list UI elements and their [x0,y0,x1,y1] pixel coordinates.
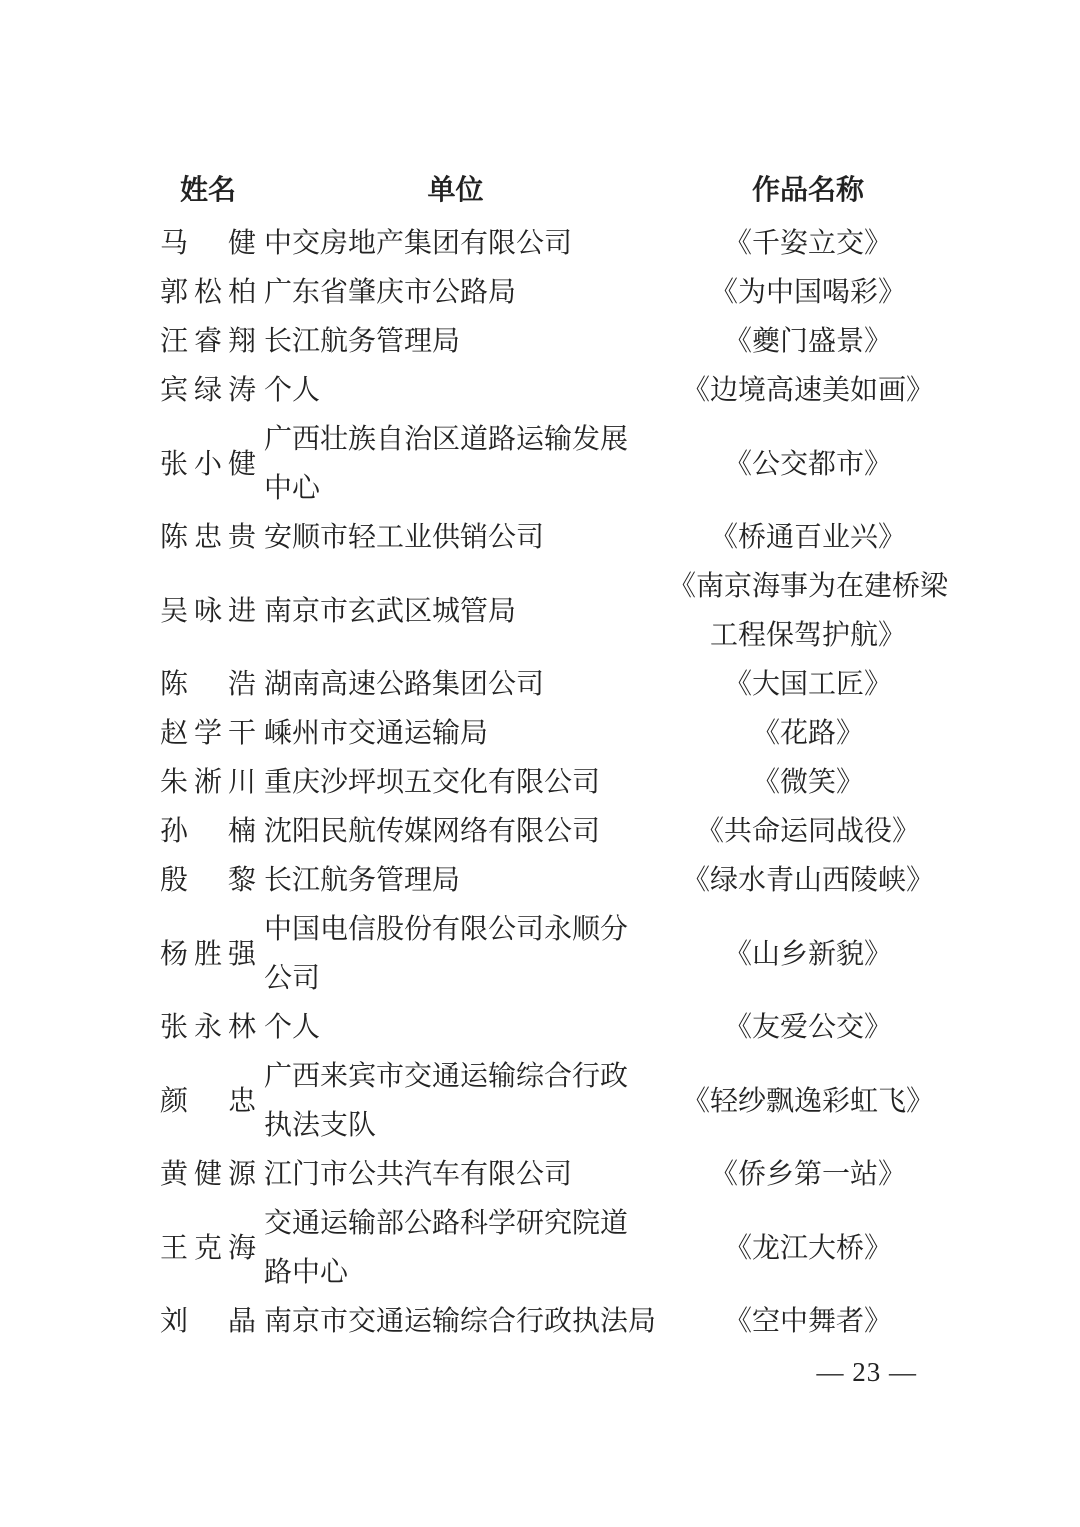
work-cell: 《千姿立交》 [665,219,951,268]
name-cell: 张小健 [160,440,256,489]
table-header-row: 姓名 单位 作品名称 [160,166,950,215]
work-cell: 《龙江大桥》 [665,1224,951,1273]
name-cell: 朱淅川 [160,758,256,807]
org-cell: 安顺市轻工业供销公司 [264,513,647,562]
org-cell: 重庆沙坪坝五交化有限公司 [264,758,647,807]
work-cell: 《轻纱飘逸彩虹飞》 [665,1077,951,1126]
name-cell: 马 健 [160,219,256,268]
header-name: 姓名 [160,166,256,215]
work-cell: 《边境高速美如画》 [665,366,951,415]
org-cell: 南京市玄武区城管局 [264,587,647,636]
work-cell: 《山乡新貌》 [665,930,951,979]
table-row: 张小健 广西壮族自治区道路运输发展 中心 《公交都市》 [160,415,950,513]
table-row: 马 健 中交房地产集团有限公司 《千姿立交》 [160,219,950,268]
table-row: 王克海 交通运输部公路科学研究院道 路中心 《龙江大桥》 [160,1199,950,1297]
work-cell: 《共命运同战役》 [665,807,951,856]
name-cell: 汪睿翔 [160,317,256,366]
org-cell: 湖南高速公路集团公司 [264,660,647,709]
work-cell: 《空中舞者》 [665,1297,951,1346]
name-cell: 宾绿涛 [160,366,256,415]
org-cell: 交通运输部公路科学研究院道 路中心 [264,1199,647,1297]
work-cell: 《花路》 [665,709,951,758]
name-cell: 黄健源 [160,1150,256,1199]
work-cell: 《绿水青山西陵峡》 [665,856,951,905]
work-cell: 《友爱公交》 [665,1003,951,1052]
work-cell: 《南京海事为在建桥梁 工程保驾护航》 [665,562,951,660]
work-cell: 《公交都市》 [665,440,951,489]
document-page: 姓名 单位 作品名称 马 健 中交房地产集团有限公司 《千姿立交》 郭松柏 广东… [0,0,1080,1527]
org-cell: 个人 [264,1003,647,1052]
table-row: 赵学干 嵊州市交通运输局 《花路》 [160,709,950,758]
org-cell: 长江航务管理局 [264,317,647,366]
org-cell: 广西来宾市交通运输综合行政 执法支队 [264,1052,647,1150]
org-cell: 江门市公共汽车有限公司 [264,1150,647,1199]
table-row: 吴咏进 南京市玄武区城管局 《南京海事为在建桥梁 工程保驾护航》 [160,562,950,660]
work-cell: 《微笑》 [665,758,951,807]
table-row: 孙 楠 沈阳民航传媒网络有限公司 《共命运同战役》 [160,807,950,856]
org-cell: 广西壮族自治区道路运输发展 中心 [264,415,647,513]
name-cell: 陈 浩 [160,660,256,709]
header-work: 作品名称 [665,166,951,215]
table-row: 宾绿涛 个人 《边境高速美如画》 [160,366,950,415]
work-cell: 《夔门盛景》 [665,317,951,366]
work-cell: 《大国工匠》 [665,660,951,709]
name-cell: 孙 楠 [160,807,256,856]
table-row: 杨胜强 中国电信股份有限公司永顺分 公司 《山乡新貌》 [160,905,950,1003]
name-cell: 殷 黎 [160,856,256,905]
org-cell: 中交房地产集团有限公司 [264,219,647,268]
award-table: 姓名 单位 作品名称 马 健 中交房地产集团有限公司 《千姿立交》 郭松柏 广东… [160,166,950,1346]
name-cell: 赵学干 [160,709,256,758]
name-cell: 王克海 [160,1224,256,1273]
page-number: — 23 — [817,1352,918,1392]
org-cell: 广东省肇庆市公路局 [264,268,647,317]
table-row: 汪睿翔 长江航务管理局 《夔门盛景》 [160,317,950,366]
org-cell: 个人 [264,366,647,415]
table-row: 陈忠贵 安顺市轻工业供销公司 《桥通百业兴》 [160,513,950,562]
name-cell: 颜 忠 [160,1077,256,1126]
table-row: 郭松柏 广东省肇庆市公路局 《为中国喝彩》 [160,268,950,317]
org-cell: 嵊州市交通运输局 [264,709,647,758]
org-cell: 长江航务管理局 [264,856,647,905]
work-cell: 《为中国喝彩》 [665,268,951,317]
table-row: 朱淅川 重庆沙坪坝五交化有限公司 《微笑》 [160,758,950,807]
work-cell: 《侨乡第一站》 [665,1150,951,1199]
table-row: 黄健源 江门市公共汽车有限公司 《侨乡第一站》 [160,1150,950,1199]
table-row: 殷 黎 长江航务管理局 《绿水青山西陵峡》 [160,856,950,905]
name-cell: 杨胜强 [160,930,256,979]
name-cell: 郭松柏 [160,268,256,317]
org-cell: 沈阳民航传媒网络有限公司 [264,807,647,856]
org-cell: 中国电信股份有限公司永顺分 公司 [264,905,647,1003]
table-row: 刘 晶 南京市交通运输综合行政执法局 《空中舞者》 [160,1297,950,1346]
header-org: 单位 [264,166,647,215]
name-cell: 张永林 [160,1003,256,1052]
table-row: 颜 忠 广西来宾市交通运输综合行政 执法支队 《轻纱飘逸彩虹飞》 [160,1052,950,1150]
name-cell: 刘 晶 [160,1297,256,1346]
work-cell: 《桥通百业兴》 [665,513,951,562]
name-cell: 吴咏进 [160,587,256,636]
table-row: 陈 浩 湖南高速公路集团公司 《大国工匠》 [160,660,950,709]
name-cell: 陈忠贵 [160,513,256,562]
table-row: 张永林 个人 《友爱公交》 [160,1003,950,1052]
org-cell: 南京市交通运输综合行政执法局 [264,1297,647,1346]
